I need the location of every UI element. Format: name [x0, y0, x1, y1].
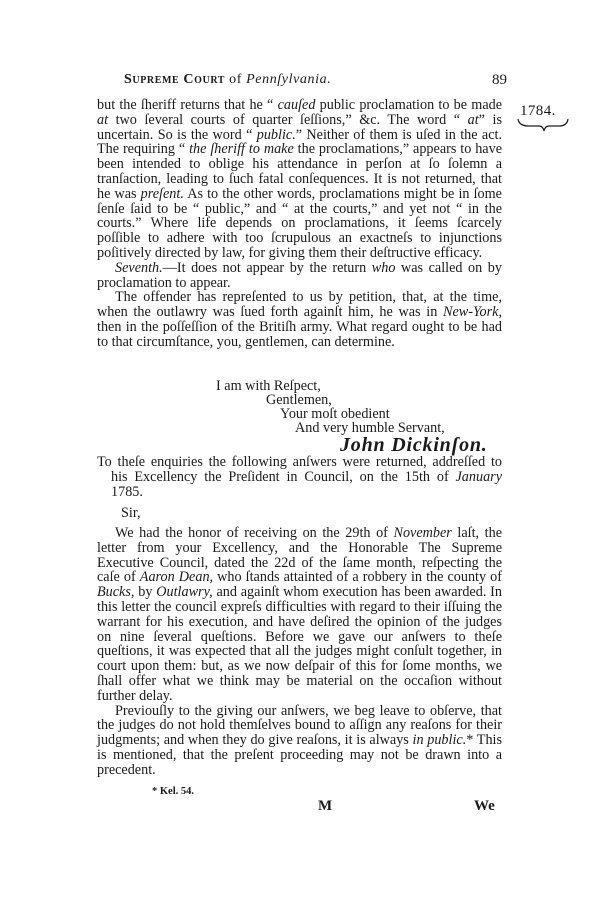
text-run: two ſeveral courts of quarter ſeſſions,”… — [108, 112, 468, 128]
book-page: Supreme Court of Pennſylvania. 89 1784. … — [0, 0, 600, 903]
text-run: by — [134, 584, 156, 600]
text-run: We had the honor of receiving on the 29t… — [115, 525, 394, 541]
judges-answer-letter: We had the honor of receiving on the 29t… — [97, 526, 502, 778]
catchword: We — [474, 798, 495, 815]
answers-heading-month: January — [456, 469, 503, 485]
printer-signature-mark: M — [318, 798, 332, 815]
italic-text: in public. — [413, 732, 467, 748]
paragraph-offender: The offender has repreſented to us by pe… — [97, 290, 502, 349]
text-run: and againſt whom execution has been awar… — [97, 584, 502, 704]
italic-text: Seventh. — [115, 260, 163, 276]
paragraph-honor-receiving: We had the honor of receiving on the 29t… — [97, 526, 502, 704]
answers-heading: To theſe enquiries the following anſwers… — [97, 455, 502, 499]
footnote: * Kel. 54. — [152, 786, 194, 797]
page-number: 89 — [492, 72, 507, 89]
italic-text: Outlawry, — [156, 584, 212, 600]
italic-text: public. — [257, 127, 296, 143]
running-head-title: Supreme Court of Pennſylvania. — [124, 72, 331, 88]
letter-text-continued: but the ſheriff returns that he “ cauſed… — [97, 98, 502, 350]
italic-text: Bucks, — [97, 584, 134, 600]
running-head: Supreme Court of Pennſylvania. 89 — [97, 72, 503, 92]
italic-text: New-York, — [443, 304, 502, 320]
running-head-state: Pennſylvania. — [246, 72, 331, 87]
running-head-court: Supreme Court — [124, 72, 225, 87]
italic-text: at — [468, 112, 479, 128]
salutation: Sir, — [121, 505, 141, 522]
text-run: then in the poſſeſſion of the Britiſh ar… — [97, 319, 502, 350]
brace-icon — [517, 118, 569, 132]
paragraph-proclamation: but the ſheriff returns that he “ cauſed… — [97, 98, 502, 261]
text-run: The offender has repreſented to us by pe… — [97, 289, 502, 320]
answers-heading-text: To theſe enquiries the following anſwers… — [97, 455, 502, 499]
italic-text: Aaron Dean, — [140, 569, 213, 585]
italic-text: preſent. — [141, 186, 184, 202]
answers-heading-year: 1785. — [111, 484, 143, 500]
italic-text: November — [394, 525, 452, 541]
italic-text: cauſed — [278, 97, 316, 113]
paragraph-seventh: Seventh.—It does not appear by the retur… — [97, 261, 502, 291]
text-run: but the ſheriff returns that he “ — [97, 97, 278, 113]
italic-text: who — [372, 260, 396, 276]
paragraph-previously: Previouſly to the giving our anſwers, we… — [97, 704, 502, 778]
running-head-of: of — [225, 72, 246, 87]
text-run: who ſtands attainted of a robbery in the… — [213, 569, 502, 585]
answers-heading-main: To theſe enquiries the following anſwers… — [97, 454, 502, 485]
italic-text: at — [97, 112, 108, 128]
text-run: —It does not appear by the return — [163, 260, 372, 276]
text-run: public proclamation to be made — [315, 97, 502, 113]
italic-text: the ſheriff to make — [189, 141, 294, 157]
